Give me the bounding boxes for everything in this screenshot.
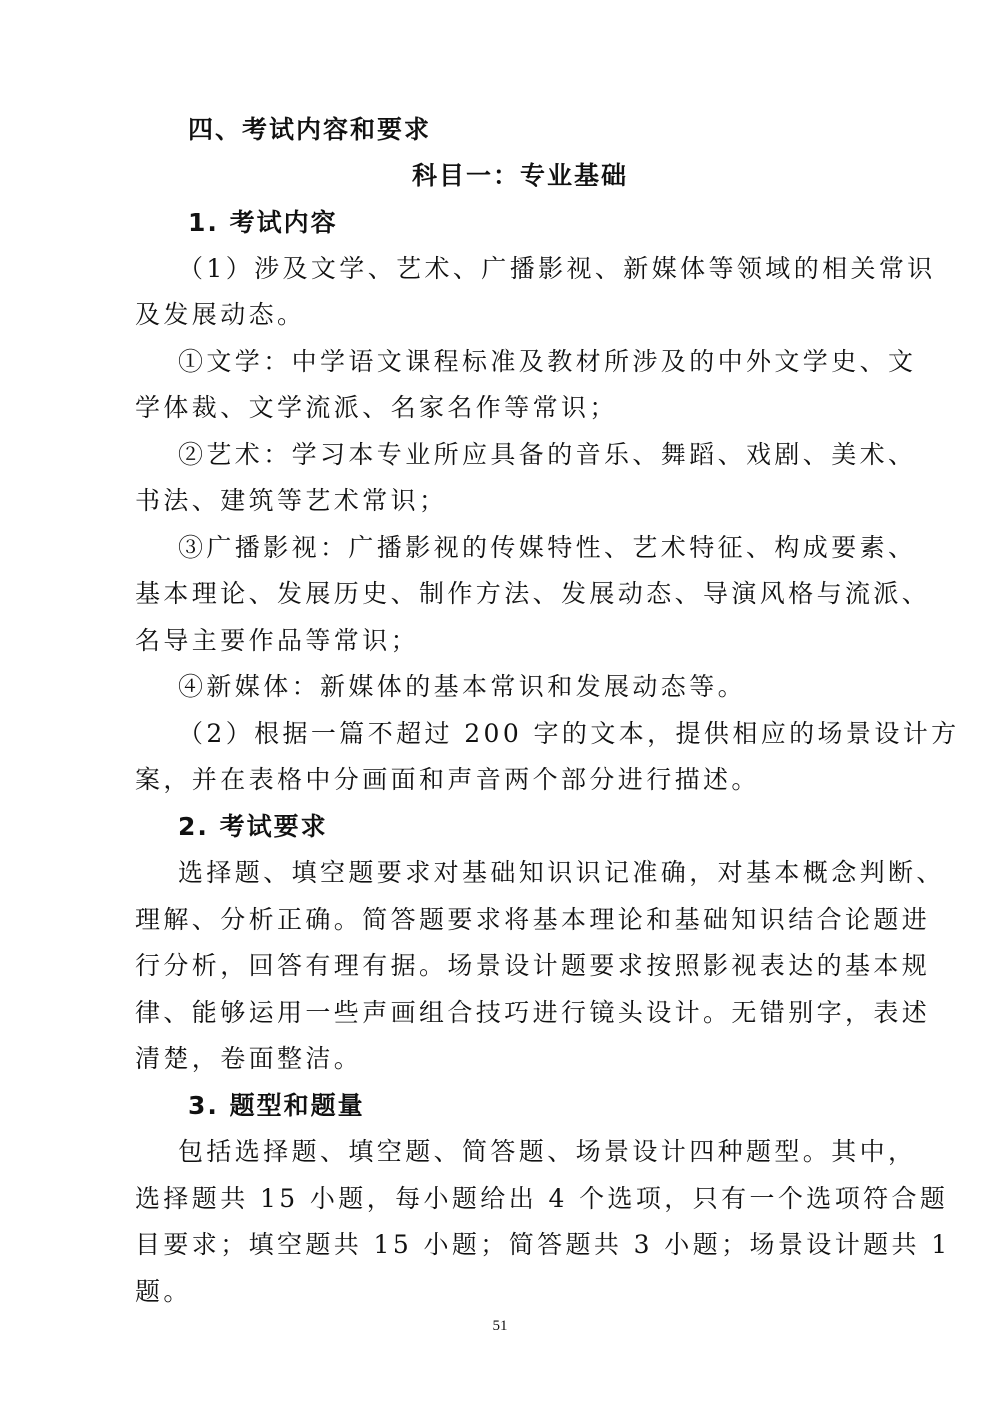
paragraph-line: （2）根据一篇不超过 200 字的文本，提供相应的场景设计方 xyxy=(178,716,960,752)
paragraph-line: ②艺术：学习本专业所应具备的音乐、舞蹈、戏剧、美术、 xyxy=(178,437,916,473)
paragraph-line: ④新媒体：新媒体的基本常识和发展动态等。 xyxy=(178,669,746,705)
section-3-heading: 3. 题型和题量 xyxy=(188,1088,365,1124)
paragraph-line: 目要求；填空题共 15 小题；简答题共 3 小题；场景设计题共 1 xyxy=(135,1227,951,1263)
paragraph-line: 基本理论、发展历史、制作方法、发展动态、导演风格与流派、 xyxy=(135,576,930,612)
paragraph-line: （1）涉及文学、艺术、广播影视、新媒体等领域的相关常识 xyxy=(178,251,936,287)
section-2-heading: 2. 考试要求 xyxy=(178,809,328,845)
paragraph-line: 书法、建筑等艺术常识； xyxy=(135,483,447,519)
paragraph-line: 及发展动态。 xyxy=(135,297,305,333)
paragraph-line: 题。 xyxy=(135,1274,192,1310)
paragraph-line: 学体裁、文学流派、名家名作等常识； xyxy=(135,390,618,426)
paragraph-line: 选择题、填空题要求对基础知识识记准确，对基本概念判断、 xyxy=(178,855,945,891)
paragraph-line: ③广播影视：广播影视的传媒特性、艺术特征、构成要素、 xyxy=(178,530,916,566)
paragraph-line: 清楚，卷面整洁。 xyxy=(135,1041,362,1077)
paragraph-line: ①文学：中学语文课程标准及教材所涉及的中外文学史、文 xyxy=(178,344,916,380)
section-1-heading: 1. 考试内容 xyxy=(188,205,338,241)
paragraph-line: 行分析，回答有理有据。场景设计题要求按照影视表达的基本规 xyxy=(135,948,930,984)
paragraph-line: 包括选择题、填空题、简答题、场景设计四种题型。其中， xyxy=(178,1134,916,1170)
subject-title: 科目一：专业基础 xyxy=(0,158,1000,194)
section-heading: 四、考试内容和要求 xyxy=(188,112,431,148)
paragraph-line: 名导主要作品等常识； xyxy=(135,623,419,659)
paragraph-line: 案，并在表格中分画面和声音两个部分进行描述。 xyxy=(135,762,760,798)
paragraph-line: 律、能够运用一些声画组合技巧进行镜头设计。无错别字，表述 xyxy=(135,995,930,1031)
page-number: 51 xyxy=(0,1316,1000,1336)
document-page: 四、考试内容和要求 科目一：专业基础 1. 考试内容 （1）涉及文学、艺术、广播… xyxy=(0,0,1000,1414)
paragraph-line: 理解、分析正确。简答题要求将基本理论和基础知识结合论题进 xyxy=(135,902,930,938)
paragraph-line: 选择题共 15 小题，每小题给出 4 个选项，只有一个选项符合题 xyxy=(135,1181,948,1217)
